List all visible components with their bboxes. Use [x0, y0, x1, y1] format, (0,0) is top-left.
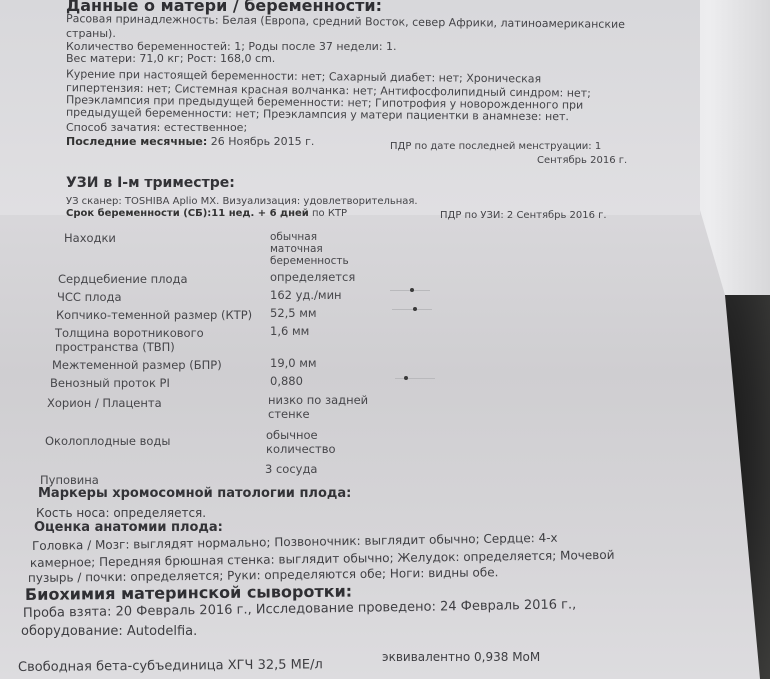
finding-value: 52,5 мм — [270, 306, 380, 320]
hcg-mom: эквивалентно 0,938 МоМ — [382, 650, 540, 664]
measurement-marker — [404, 376, 408, 380]
measurement-marker — [410, 288, 414, 292]
finding-value: 162 уд./мин — [270, 288, 380, 302]
finding-value: определяется — [270, 270, 380, 284]
finding-label: ЧСС плода — [57, 290, 122, 304]
finding-value: низко по задней стенке — [268, 393, 373, 421]
finding-value: 19,0 мм — [270, 356, 380, 370]
finding-value: 1,6 мм — [270, 324, 380, 338]
markers-text: Кость носа: определяется. — [36, 506, 206, 520]
finding-label: Околоплодные воды — [45, 434, 170, 448]
finding-label: Толщина воротникового пространства (ТВП) — [55, 326, 225, 354]
ultrasound-heading: УЗИ в I-м триместре: — [66, 177, 235, 189]
finding-label: Находки — [64, 231, 116, 245]
reference-range — [395, 378, 435, 379]
biochem-equipment: оборудование: Autodelfia. — [21, 624, 197, 639]
gestational-age: Срок беременности (СБ):11 нед. + 6 дней — [66, 208, 309, 219]
edd-lmp: ПДР по дате последней менструации: 1 — [390, 141, 601, 153]
mother-line: Вес матери: 71,0 кг; Рост: 168,0 cm. — [66, 53, 275, 65]
finding-value: 0,880 — [270, 374, 380, 388]
measurement-marker — [413, 307, 417, 311]
finding-label: Копчико-теменной размер (КТР) — [56, 308, 252, 322]
mother-line: Способ зачатия: естественное; — [66, 122, 247, 134]
finding-value: обычная маточная беременность — [270, 231, 370, 267]
ga-method: по КТР — [312, 208, 347, 219]
finding-label: Хорион / Плацента — [47, 396, 162, 410]
document-page: Данные о матери / беременности: Расовая … — [0, 0, 770, 679]
anatomy-heading: Оценка анатомии плода: — [34, 522, 223, 534]
finding-label: Пуповина — [40, 473, 99, 487]
edd-lmp-date: Сентябрь 2016 г. — [537, 155, 627, 167]
mother-line: страны). — [66, 28, 116, 40]
markers-heading: Маркеры хромосомной патологии плода: — [38, 488, 351, 500]
scanner-info: УЗ сканер: TOSHIBA Aplio MX. Визуализаци… — [66, 196, 418, 208]
finding-value: 3 сосуда — [265, 462, 375, 476]
reference-range — [392, 309, 432, 310]
lmp-value: 26 Ноябрь 2015 г. — [211, 135, 315, 148]
lmp-label: Последние месячные: — [66, 135, 207, 148]
finding-label: Сердцебиение плода — [58, 272, 188, 286]
finding-label: Межтеменной размер (БПР) — [52, 358, 222, 372]
finding-value: обычное количество — [266, 428, 356, 456]
edd-ultrasound: ПДР по УЗИ: 2 Сентябрь 2016 г. — [440, 210, 607, 222]
hcg-value: Свободная бета-субъединица ХГЧ 32,5 МЕ/л — [18, 657, 323, 675]
finding-label: Венозный проток PI — [50, 376, 170, 390]
